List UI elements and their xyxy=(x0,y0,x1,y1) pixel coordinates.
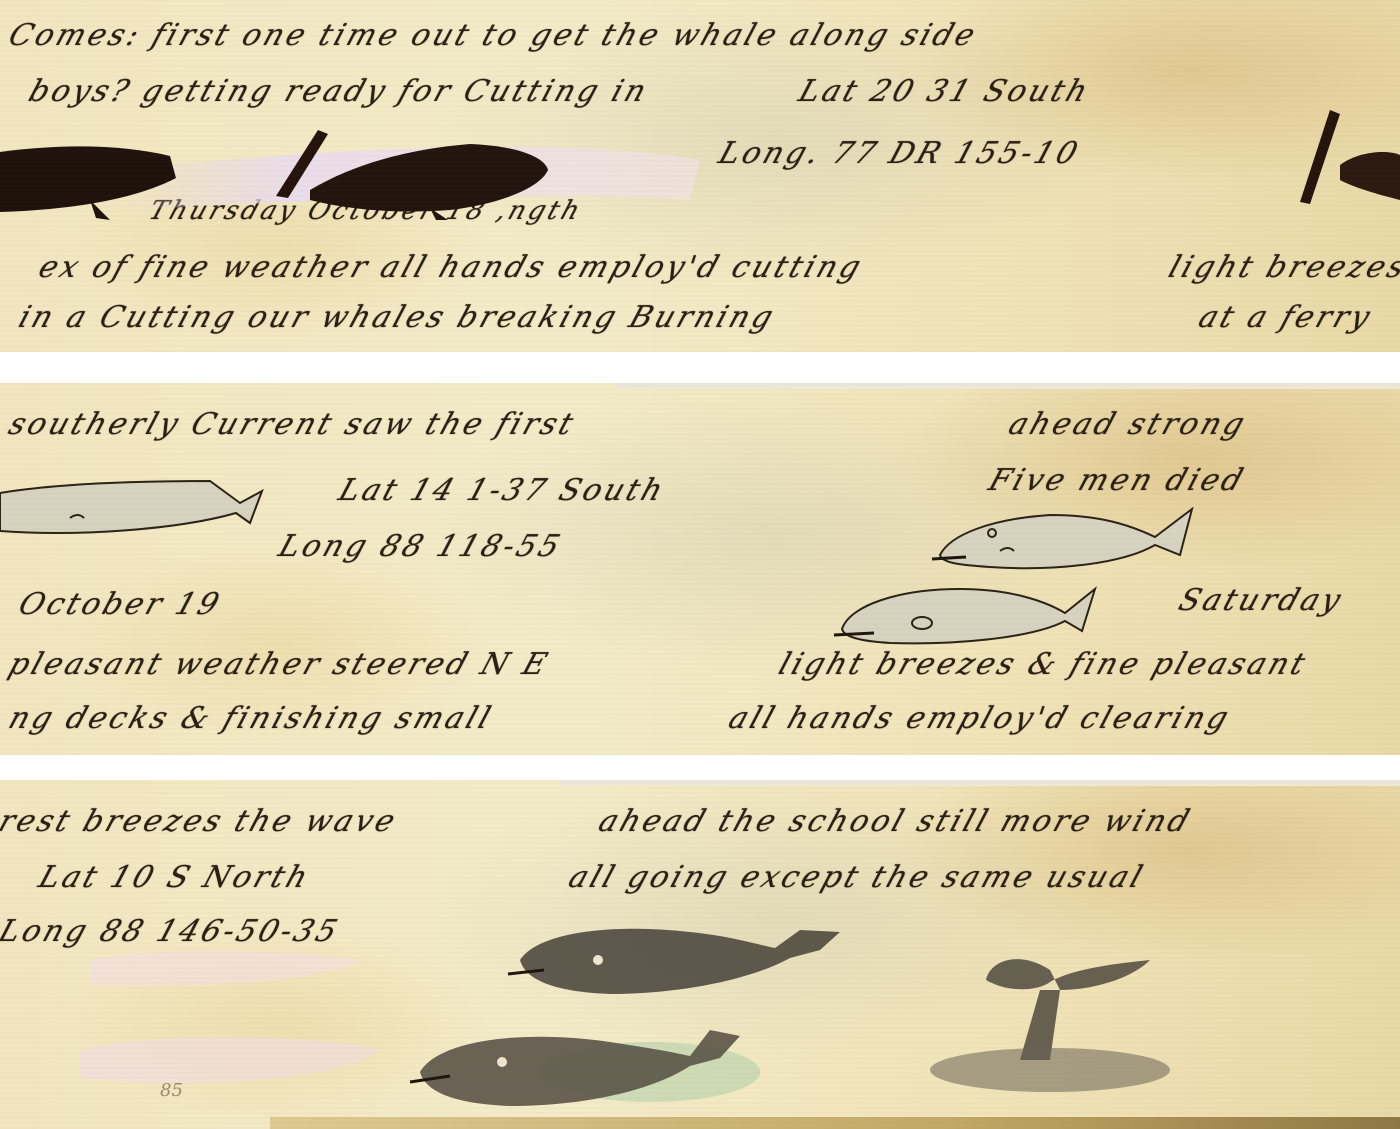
handwritten-line: all hands employ'd clearing xyxy=(724,701,1235,736)
handwritten-line: Five men died xyxy=(984,463,1250,498)
weekday-entry: Saturday xyxy=(1174,583,1348,618)
handwritten-line: pleasant weather steered N E xyxy=(4,647,554,682)
logbook-strip-1: Comes: first one time out to get the wha… xyxy=(0,0,1400,352)
handwritten-line: in a Cutting our whales breaking Burning xyxy=(14,300,780,335)
whale-fluke-diving xyxy=(920,950,1200,1100)
whale-faint-ghost xyxy=(80,940,400,1100)
whale-outline-left xyxy=(0,473,270,543)
handwritten-line: Comes: first one time out to get the wha… xyxy=(4,18,982,53)
handwritten-line: at a ferry xyxy=(1194,300,1377,335)
handwritten-line: ng decks & finishing small xyxy=(4,701,497,736)
whale-wash-upper xyxy=(500,910,860,1010)
handwritten-line: boys? getting ready for Cutting in xyxy=(24,74,653,109)
logbook-strip-2: southerly Current saw the first ahead st… xyxy=(0,383,1400,755)
handwritten-line: southerly Current saw the first xyxy=(4,407,580,442)
handwritten-line: rest breezes the wave xyxy=(0,804,402,839)
handwritten-line: ahead strong xyxy=(1004,407,1251,442)
page-number: 85 xyxy=(160,1080,183,1101)
date-entry: October 19 xyxy=(14,587,226,622)
handwritten-line: light breezes & fine pleasant xyxy=(774,647,1312,682)
handwritten-line: ahead the school still more wind xyxy=(594,804,1196,839)
whale-outline-upper-right xyxy=(930,505,1210,575)
logbook-strip-3: rest breezes the wave ahead the school s… xyxy=(0,780,1400,1129)
latitude-entry: Lat 10 S North xyxy=(34,860,315,895)
page-edge xyxy=(270,1117,1400,1129)
whale-tail-icon xyxy=(1290,110,1400,220)
longitude-entry: Long. 77 DR 155-10 xyxy=(714,136,1084,171)
handwritten-line: all going except the same usual xyxy=(564,860,1149,895)
latitude-entry: Lat 14 1-37 South xyxy=(334,473,670,508)
latitude-entry: Lat 20 31 South xyxy=(794,74,1095,109)
whale-outline-lower-right xyxy=(830,579,1100,649)
longitude-entry: Long 88 118-55 xyxy=(274,529,567,564)
whale-illustration-dark xyxy=(0,130,720,240)
whale-wash-lower xyxy=(410,1012,770,1122)
handwritten-line: ex of fine weather all hands employ'd cu… xyxy=(34,250,868,285)
handwritten-line: light breezes xyxy=(1164,250,1400,285)
